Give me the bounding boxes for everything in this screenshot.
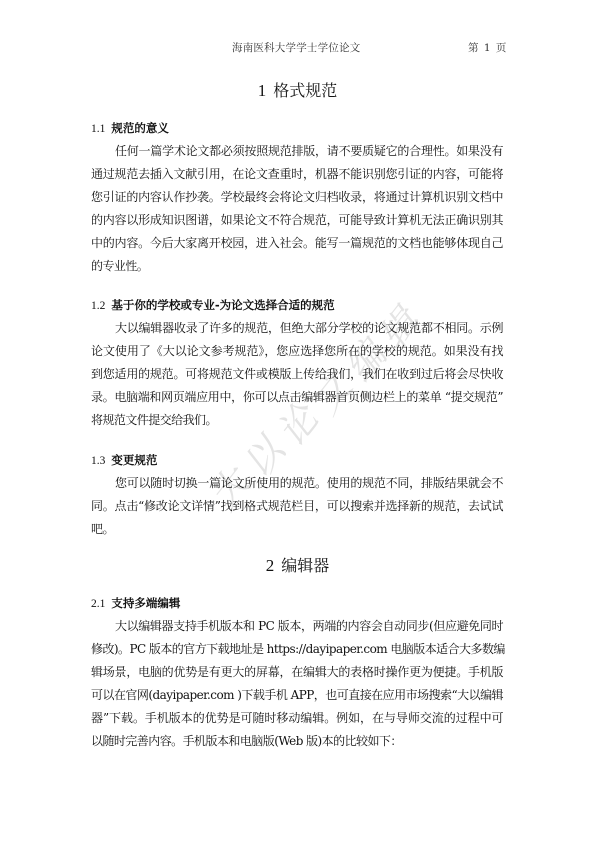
section-title: 规范的意义 [111,121,169,135]
chapter-title: 格式规范 [273,81,337,100]
chapter-number: 2 [266,556,275,575]
text-line: 您引证的内容认作抄袭。学校最终会将论文归档收录，将通过计算机识别文档中 [91,186,503,209]
section-number: 1.3 [91,455,105,467]
text-line: 任何一篇学术论文都必须按照规范排版，请不要质疑它的合理性。如果没有 [91,140,503,163]
document-page: 海南医科大学学士学位论文 第 1 页 大 以 论 文 编 辑 1格式规范 1.1… [0,0,595,842]
text-line: 辑场景，电脑的优势是有更大的屏幕，在编辑大的表格时操作更为便捷。手机版 [91,661,503,684]
text-line: 修改)。PC 版本的官方下载地址是 https://dayipaper.com … [91,638,503,661]
chapter-heading-2: 2编辑器 [0,553,595,576]
text-line: 器”下载。手机版本的优势是可随时移动编辑。例如，在与导师交流的过程中可 [91,707,503,730]
text-line: 录。电脑端和网页端应用中，你可以点击编辑器首页侧边栏上的菜单 “提交规范” [91,386,503,409]
text-line: 您可以随时切换一篇论文所使用的规范。使用的规范不同，排版结果就会不 [91,472,503,495]
text-line: 中的内容。今后大家离开校园，进入社会。能写一篇规范的文档也能够体现自己 [91,232,503,255]
text-line: 的专业性。 [91,255,503,278]
running-header: 海南医科大学学士学位论文 第 1 页 [0,40,595,54]
section-heading-1-3: 1.3变更规范 [91,452,157,468]
header-title: 海南医科大学学士学位论文 [232,40,360,55]
text-line: 论文使用了《大以论文参考规范》，您应选择您所在的学校的规范。如果没有找 [91,340,503,363]
text-line: 同。点击“修改论文详情”找到格式规范栏目，可以搜索并选择新的规范，去试试 [91,495,503,518]
text-line: 可以在官网(dayipaper.com )下载手机 APP，也可直接在应用市场搜… [91,684,503,707]
section-heading-1-2: 1.2基于你的学校或专业-为论文选择合适的规范 [91,297,335,313]
text-line: 以随时完善内容。手机版本和电脑版(Web 版)本的比较如下： [91,730,503,753]
chapter-number: 1 [258,81,267,100]
chapter-heading-1: 1格式规范 [0,78,595,101]
section-title: 基于你的学校或专业-为论文选择合适的规范 [111,298,334,312]
text-line: 的内容以形成知识图谱，如果论文不符合规范，可能导致计算机无法正确识别其 [91,209,503,232]
section-title: 变更规范 [111,453,157,467]
text-line: 吧。 [91,518,503,541]
header-page-number: 第 1 页 [468,40,506,55]
paragraph-2-1: 大以编辑器支持手机版本和 PC 版本，两端的内容会自动同步(但应避免同时 修改)… [91,615,503,753]
text-line: 到您适用的规范。可将规范文件或模版上传给我们，我们在收到过后将会尽快收 [91,363,503,386]
text-line: 通过规范去插入文献引用，在论文查重时，机器不能识别您引证的内容，可能将 [91,163,503,186]
text-line: 将规范文件提交给我们。 [91,409,503,432]
text-line: 大以编辑器支持手机版本和 PC 版本，两端的内容会自动同步(但应避免同时 [91,615,503,638]
section-number: 1.1 [91,123,105,135]
section-number: 2.1 [91,598,105,610]
section-heading-2-1: 2.1支持多端编辑 [91,595,180,611]
paragraph-1-3: 您可以随时切换一篇论文所使用的规范。使用的规范不同，排版结果就会不 同。点击“修… [91,472,503,541]
paragraph-1-2: 大以编辑器收录了许多的规范，但绝大部分学校的论文规范都不相同。示例 论文使用了《… [91,317,503,432]
section-heading-1-1: 1.1规范的意义 [91,120,169,136]
paragraph-1-1: 任何一篇学术论文都必须按照规范排版，请不要质疑它的合理性。如果没有 通过规范去插… [91,140,503,278]
chapter-title: 编辑器 [281,556,329,575]
section-title: 支持多端编辑 [111,596,180,610]
text-line: 大以编辑器收录了许多的规范，但绝大部分学校的论文规范都不相同。示例 [91,317,503,340]
section-number: 1.2 [91,300,105,312]
